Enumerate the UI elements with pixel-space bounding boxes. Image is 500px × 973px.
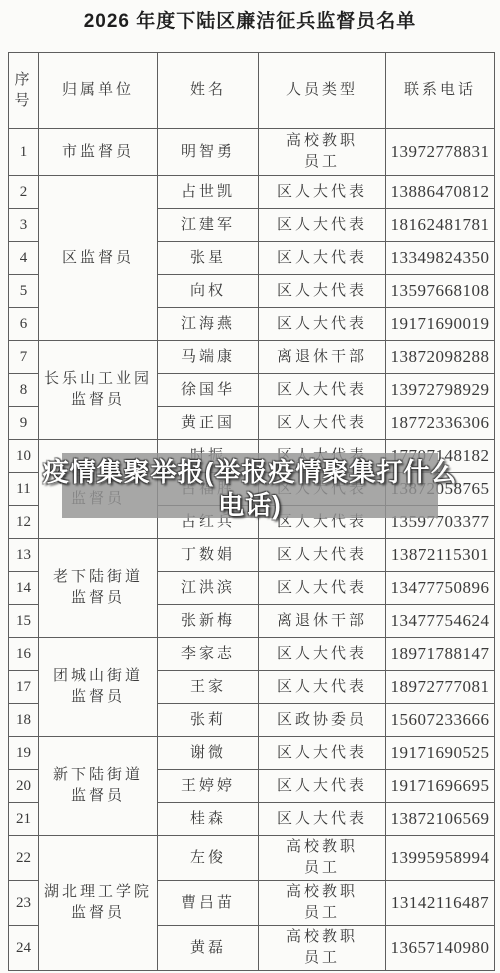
type-cell: 区人大代表 [259, 242, 386, 275]
phone-cell: 13597668108 [386, 275, 495, 308]
phone-cell: 18772336306 [386, 407, 495, 440]
name-cell: 向权 [158, 275, 259, 308]
phone-cell: 19171690525 [386, 737, 495, 770]
seq-cell: 15 [9, 605, 39, 638]
type-cell: 高校教职 员工 [259, 129, 386, 176]
phone-cell: 19171690019 [386, 308, 495, 341]
unit-cell: 市监督员 [39, 129, 158, 176]
type-cell: 区人大代表 [259, 374, 386, 407]
name-cell: 谢微 [158, 737, 259, 770]
name-cell: 占世凯 [158, 176, 259, 209]
unit-cell: 区监督员 [39, 176, 158, 341]
seq-cell: 13 [9, 539, 39, 572]
seq-cell: 22 [9, 836, 39, 881]
seq-cell: 2 [9, 176, 39, 209]
name-cell: 李家志 [158, 638, 259, 671]
phone-cell: 18972777081 [386, 671, 495, 704]
name-cell: 江洪滨 [158, 572, 259, 605]
phone-cell: 13477754624 [386, 605, 495, 638]
type-cell: 高校教职 员工 [259, 926, 386, 971]
type-cell: 高校教职 员工 [259, 836, 386, 881]
table-row: 22 湖北理工学院 监督员 左俊 高校教职 员工 13995958994 [9, 836, 495, 881]
phone-cell: 13349824350 [386, 242, 495, 275]
seq-cell: 16 [9, 638, 39, 671]
header-type: 人员类型 [259, 53, 386, 129]
name-cell: 张莉 [158, 704, 259, 737]
type-cell: 区人大代表 [259, 308, 386, 341]
seq-cell: 11 [9, 473, 39, 506]
name-cell: 王婷婷 [158, 770, 259, 803]
type-cell: 区政协委员 [259, 704, 386, 737]
seq-cell: 20 [9, 770, 39, 803]
phone-cell: 13872098288 [386, 341, 495, 374]
phone-cell: 13972778831 [386, 129, 495, 176]
name-cell: 明智勇 [158, 129, 259, 176]
watermark-line-1: 疫情集聚举报(举报疫情聚集打什么 [40, 456, 460, 489]
seq-cell: 18 [9, 704, 39, 737]
seq-cell: 17 [9, 671, 39, 704]
name-cell: 江建军 [158, 209, 259, 242]
header-unit: 归属单位 [39, 53, 158, 129]
seq-cell: 24 [9, 926, 39, 971]
type-cell: 区人大代表 [259, 209, 386, 242]
seq-cell: 1 [9, 129, 39, 176]
unit-cell: 长乐山工业园 监督员 [39, 341, 158, 440]
type-cell: 区人大代表 [259, 671, 386, 704]
seq-cell: 6 [9, 308, 39, 341]
table-row: 16 团城山街道 监督员 李家志 区人大代表 18971788147 [9, 638, 495, 671]
table-row: 2 区监督员 占世凯 区人大代表 13886470812 [9, 176, 495, 209]
unit-cell: 团城山街道 监督员 [39, 638, 158, 737]
phone-cell: 13657140980 [386, 926, 495, 971]
type-cell: 区人大代表 [259, 770, 386, 803]
unit-cell: 新下陆街道 监督员 [39, 737, 158, 836]
seq-cell: 19 [9, 737, 39, 770]
watermark-line-2: 电话) [40, 489, 460, 522]
seq-cell: 5 [9, 275, 39, 308]
phone-cell: 13872106569 [386, 803, 495, 836]
watermark-overlay-text: 疫情集聚举报(举报疫情聚集打什么 电话) [40, 456, 460, 522]
phone-cell: 13477750896 [386, 572, 495, 605]
type-cell: 区人大代表 [259, 572, 386, 605]
table-row: 19 新下陆街道 监督员 谢微 区人大代表 19171690525 [9, 737, 495, 770]
seq-cell: 7 [9, 341, 39, 374]
phone-cell: 13872115301 [386, 539, 495, 572]
phone-cell: 13972798929 [386, 374, 495, 407]
type-cell: 区人大代表 [259, 275, 386, 308]
table-row: 7 长乐山工业园 监督员 马端康 离退休干部 13872098288 [9, 341, 495, 374]
name-cell: 江海燕 [158, 308, 259, 341]
type-cell: 区人大代表 [259, 539, 386, 572]
phone-cell: 13142116487 [386, 881, 495, 926]
seq-cell: 21 [9, 803, 39, 836]
seq-cell: 8 [9, 374, 39, 407]
type-cell: 高校教职 员工 [259, 881, 386, 926]
type-cell: 区人大代表 [259, 176, 386, 209]
name-cell: 徐国华 [158, 374, 259, 407]
phone-cell: 19171696695 [386, 770, 495, 803]
phone-cell: 15607233666 [386, 704, 495, 737]
document-page: 2026 年度下陆区廉洁征兵监督员名单 序号 归属单位 姓名 人员类型 联系电话… [0, 0, 500, 973]
seq-cell: 3 [9, 209, 39, 242]
seq-cell: 14 [9, 572, 39, 605]
type-cell: 离退休干部 [259, 605, 386, 638]
table-row: 13 老下陆街道 监督员 丁数娟 区人大代表 13872115301 [9, 539, 495, 572]
page-title: 2026 年度下陆区廉洁征兵监督员名单 [0, 6, 500, 33]
seq-cell: 10 [9, 440, 39, 473]
name-cell: 张新梅 [158, 605, 259, 638]
name-cell: 黄磊 [158, 926, 259, 971]
name-cell: 桂森 [158, 803, 259, 836]
name-cell: 马端康 [158, 341, 259, 374]
header-seq: 序号 [9, 53, 39, 129]
phone-cell: 18971788147 [386, 638, 495, 671]
name-cell: 张星 [158, 242, 259, 275]
phone-cell: 13995958994 [386, 836, 495, 881]
seq-cell: 12 [9, 506, 39, 539]
type-cell: 区人大代表 [259, 638, 386, 671]
name-cell: 黄正国 [158, 407, 259, 440]
table-row: 1 市监督员 明智勇 高校教职 员工 13972778831 [9, 129, 495, 176]
type-cell: 区人大代表 [259, 803, 386, 836]
table-header-row: 序号 归属单位 姓名 人员类型 联系电话 [9, 53, 495, 129]
seq-cell: 9 [9, 407, 39, 440]
header-phone: 联系电话 [386, 53, 495, 129]
unit-cell: 湖北理工学院 监督员 [39, 836, 158, 971]
header-name: 姓名 [158, 53, 259, 129]
phone-cell: 13886470812 [386, 176, 495, 209]
name-cell: 王家 [158, 671, 259, 704]
seq-cell: 4 [9, 242, 39, 275]
name-cell: 曹吕苗 [158, 881, 259, 926]
type-cell: 区人大代表 [259, 737, 386, 770]
name-cell: 丁数娟 [158, 539, 259, 572]
type-cell: 区人大代表 [259, 407, 386, 440]
phone-cell: 18162481781 [386, 209, 495, 242]
unit-cell: 老下陆街道 监督员 [39, 539, 158, 638]
seq-cell: 23 [9, 881, 39, 926]
name-cell: 左俊 [158, 836, 259, 881]
type-cell: 离退休干部 [259, 341, 386, 374]
